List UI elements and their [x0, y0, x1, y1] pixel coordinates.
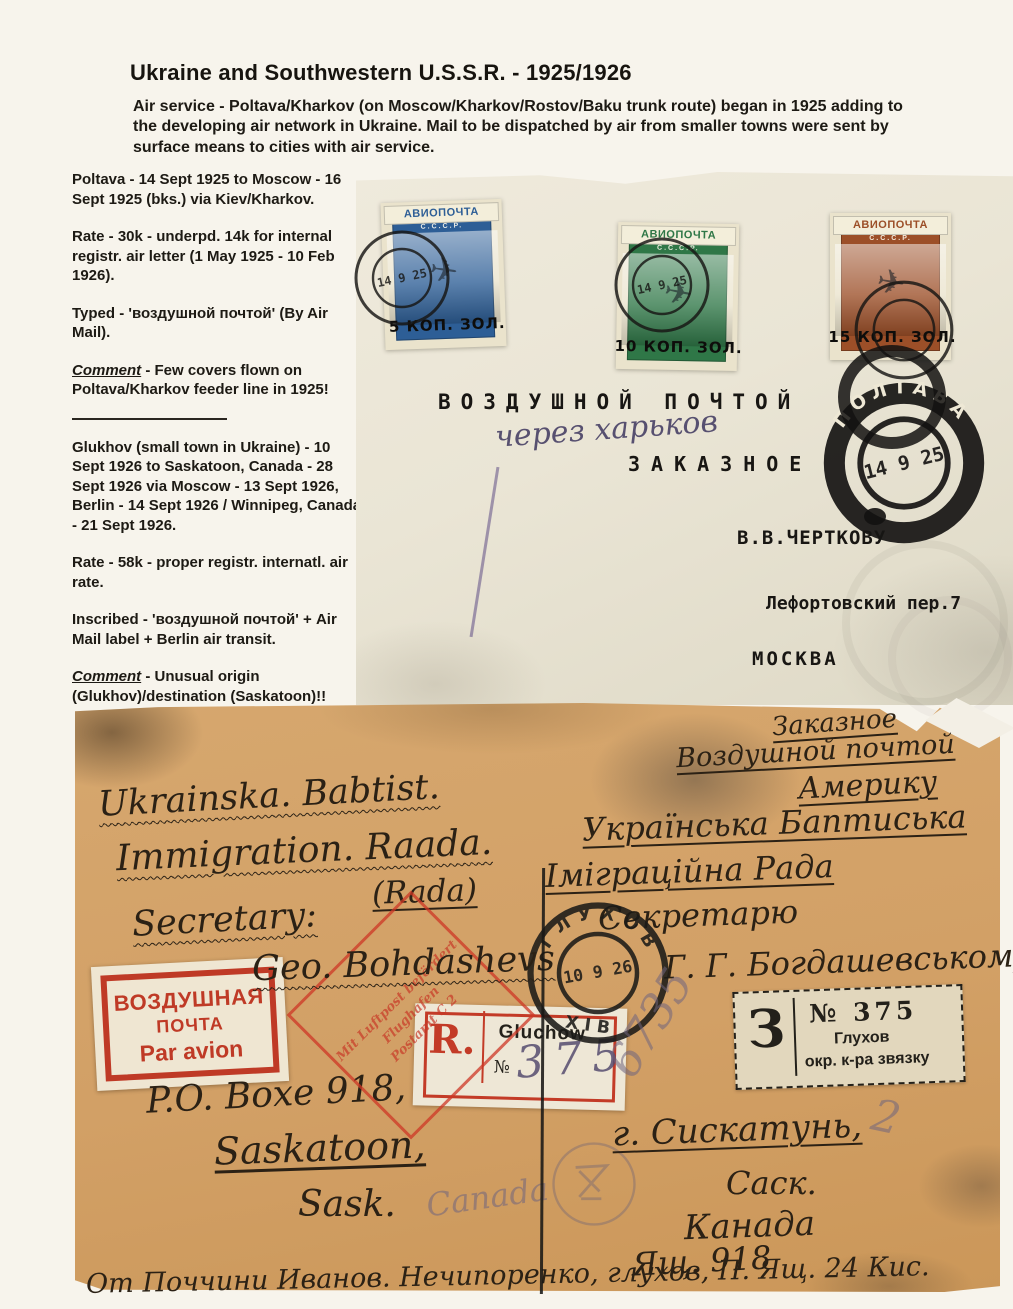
dest-latin-line: Saskatoon,	[213, 1122, 426, 1173]
airmail-label-line3: Par avion	[110, 1034, 273, 1069]
stamp-cancel-postmark: 14 9 25	[352, 228, 452, 328]
office-line-1: Глухов	[834, 1029, 890, 1049]
stamp-overprint: 10 КОП. ЗОЛ.	[610, 337, 747, 357]
note-route-2: Glukhov (small town in Ukraine) - 10 Sep…	[72, 438, 366, 536]
zone-letter: З	[747, 998, 787, 1060]
dest-latin-line: Sask.	[298, 1184, 396, 1225]
note-rate-1: Rate - 30k - underpd. 14k for internal r…	[72, 227, 366, 286]
stamp-country: С.С.С.Р.	[830, 235, 951, 242]
exhibit-page: Ukraine and Southwestern U.S.S.R. - 1925…	[0, 0, 1013, 1309]
comment-label: Comment	[72, 668, 141, 685]
note-route-1: Poltava - 14 Sept 1925 to Moscow - 16 Se…	[72, 170, 366, 209]
svg-text:14 9 25: 14 9 25	[636, 273, 688, 297]
comment-label: Comment	[72, 362, 141, 379]
page-title: Ukraine and Southwestern U.S.S.R. - 1925…	[130, 60, 632, 86]
svg-text:14 9 25: 14 9 25	[861, 442, 946, 484]
ghost-postmark	[888, 596, 1012, 720]
stamp-banner: АВИОПОЧТА	[833, 216, 948, 235]
stamp-cancel-postmark: 14 9 25	[612, 235, 712, 335]
note-comment-1: Comment - Few covers flown on Poltava/Kh…	[72, 361, 366, 400]
note-inscribed: Inscribed - 'воздушной почтой' + Air Mai…	[72, 610, 366, 649]
section-divider	[72, 418, 227, 420]
city-line: МОСКВА	[752, 648, 839, 670]
ink-blot	[864, 508, 886, 525]
dest-cyrillic-line: Саск.	[726, 1164, 817, 1202]
typed-registered-line: ЗАКАЗНОЕ	[628, 452, 812, 476]
registration-label-glukhov: З № 375 Глухов окр. к-ра звязку	[732, 984, 965, 1090]
label-divider	[793, 998, 798, 1076]
notes-column: Poltava - 14 Sept 1925 to Moscow - 16 Se…	[72, 170, 366, 724]
intro-paragraph: Air service - Poltava/Kharkov (on Moscow…	[133, 97, 921, 158]
note-typed: Typed - 'воздушной почтой' (By Air Mail)…	[72, 304, 366, 343]
svg-text:ГЛУХОВ: ГЛУХОВ	[535, 902, 664, 958]
note-comment-2: Comment - Unusual origin (Glukhov)/desti…	[72, 667, 366, 706]
svg-text:14 9 25: 14 9 25	[376, 266, 428, 290]
note-rate-2: Rate - 58k - proper registr. internatl. …	[72, 553, 366, 592]
office-line-2: окр. к-ра звязку	[805, 1049, 930, 1071]
r-label-no-sign: №	[493, 1057, 510, 1077]
registration-number: № 375	[809, 996, 918, 1029]
svg-text:10 9 26: 10 9 26	[562, 957, 634, 988]
heavy-postmark-fragment	[838, 345, 946, 449]
